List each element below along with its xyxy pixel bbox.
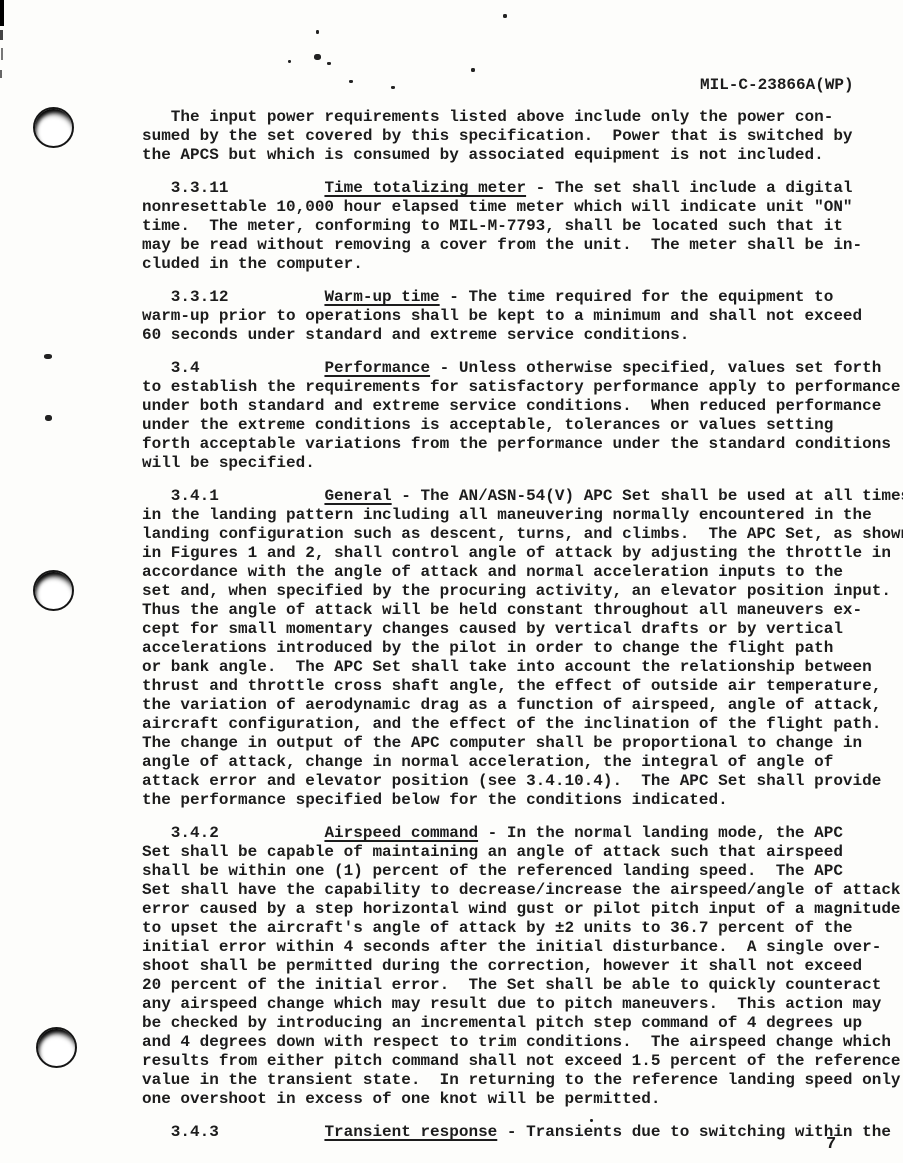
- paragraph-section-3-4-1: 3.4.1 General - The AN/ASN-54(V) APC Set…: [142, 487, 903, 810]
- paragraph-section-3-3-12: 3.3.12 Warm-up time - The time required …: [142, 288, 903, 345]
- scan-speck: [44, 354, 52, 359]
- section-title: Transient response: [324, 1123, 497, 1141]
- section-title: General: [324, 487, 391, 505]
- scan-speck: [503, 14, 507, 18]
- section-title: Warm-up time: [324, 288, 439, 306]
- scan-edge-artifact: [0, 0, 4, 26]
- page-number: 7: [826, 1135, 836, 1154]
- scan-speck: [288, 60, 291, 63]
- paragraph-intro: The input power requirements listed abov…: [142, 108, 903, 165]
- scan-speck: [471, 68, 475, 72]
- paragraph-section-3-4: 3.4 Performance - Unless otherwise speci…: [142, 359, 903, 473]
- section-title: Airspeed command: [324, 824, 478, 842]
- hole-punch-middle: [33, 570, 74, 611]
- scan-speck: [45, 415, 52, 421]
- scan-speck: [316, 30, 319, 34]
- paragraph-section-3-4-3: 3.4.3 Transient response - Transients du…: [142, 1123, 903, 1142]
- scan-speck: [314, 54, 321, 60]
- scan-edge-artifact: [0, 70, 2, 78]
- hole-punch-top: [33, 107, 74, 148]
- text-segment: - In the normal landing mode, the APC Se…: [142, 824, 901, 1108]
- document-number: MIL-C-23866A(WP): [700, 76, 854, 95]
- section-title: Performance: [324, 359, 430, 377]
- text-segment: 3.3.12: [142, 288, 324, 306]
- scan-edge-artifact: [0, 30, 3, 40]
- hole-punch-bottom: [36, 1027, 77, 1068]
- text-segment: 3.4.1: [142, 487, 324, 505]
- scanned-document-page: MIL-C-23866A(WP) The input power require…: [0, 0, 903, 1163]
- paragraph-section-3-4-2: 3.4.2 Airspeed command - In the normal l…: [142, 824, 903, 1109]
- text-segment: 3.4.2: [142, 824, 324, 842]
- text-segment: 3.4.3: [142, 1123, 324, 1141]
- text-segment: 3.3.11: [142, 179, 324, 197]
- scan-speck: [327, 62, 331, 65]
- scan-speck: [391, 86, 395, 89]
- paragraph-section-3-3-11: 3.3.11 Time totalizing meter - The set s…: [142, 179, 903, 274]
- document-body: The input power requirements listed abov…: [142, 108, 903, 1156]
- scan-edge-artifact: [1, 48, 3, 60]
- text-segment: - The AN/ASN-54(V) APC Set shall be used…: [142, 487, 903, 809]
- scan-speck: [349, 80, 353, 83]
- text-segment: The input power requirements listed abov…: [142, 108, 853, 164]
- section-title: Time totalizing meter: [324, 179, 526, 197]
- text-segment: 3.4: [142, 359, 324, 377]
